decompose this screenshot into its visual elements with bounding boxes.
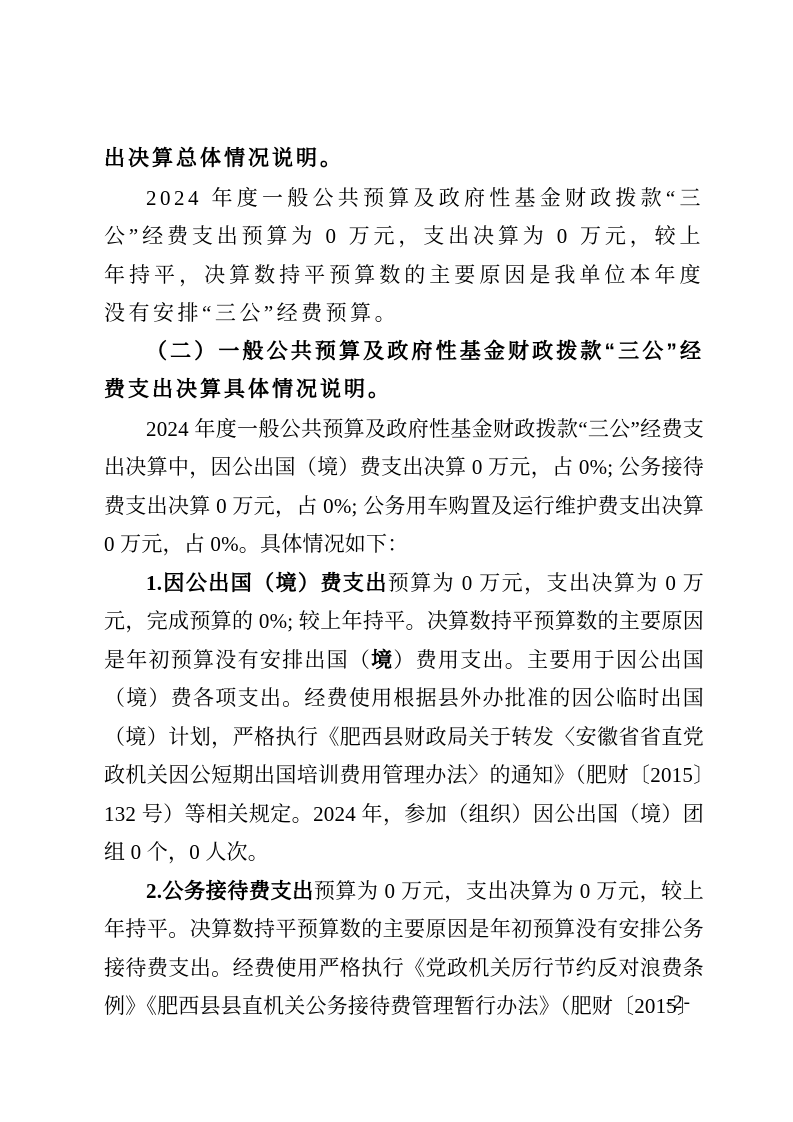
bold-text-segment: 2.公务接待费支出 [146, 879, 314, 903]
page-number: -2- [666, 992, 691, 1014]
text-segment: 2024 年度一般公共预算及政府性基金财政拨款“三公”经费支出决算中，因公出国（… [104, 417, 704, 557]
paragraph-para-item-2: 2.公务接待费支出预算为 0 万元，支出决算为 0 万元，较上年持平。决算数持平… [104, 872, 704, 1026]
paragraph-heading-section-2: （二）一般公共预算及政府性基金财政拨款“三公”经费支出决算具体情况说明。 [104, 333, 704, 410]
text-segment: ）费用支出。主要用于因公出国（境）费各项支出。经费使用根据县外办批准的因公临时出… [104, 648, 704, 865]
bold-text-segment: （二）一般公共预算及政府性基金财政拨款“三公”经费支出决算具体情况说明。 [104, 340, 704, 402]
paragraph-para-overall: 2024 年度一般公共预算及政府性基金财政拨款“三公”经费支出预算为 0 万元，… [104, 179, 704, 333]
paragraph-para-item-1: 1.因公出国（境）费支出预算为 0 万元，支出决算为 0 万元，完成预算的 0%… [104, 564, 704, 872]
text-segment: 2024 年度一般公共预算及政府性基金财政拨款“三公”经费支出预算为 0 万元，… [104, 186, 704, 326]
paragraph-para-detail-intro: 2024 年度一般公共预算及政府性基金财政拨款“三公”经费支出决算中，因公出国（… [104, 410, 704, 564]
bold-text-segment: 1.因公出国（境）费支出 [146, 571, 388, 595]
document-page: 出决算总体情况说明。2024 年度一般公共预算及政府性基金财政拨款“三公”经费支… [0, 0, 793, 1122]
bold-text-segment: 境 [371, 648, 393, 672]
bold-text-segment: 出决算总体情况说明。 [104, 147, 344, 170]
page-content: 出决算总体情况说明。2024 年度一般公共预算及政府性基金财政拨款“三公”经费支… [104, 140, 704, 1026]
paragraph-heading-continuation: 出决算总体情况说明。 [104, 140, 704, 179]
